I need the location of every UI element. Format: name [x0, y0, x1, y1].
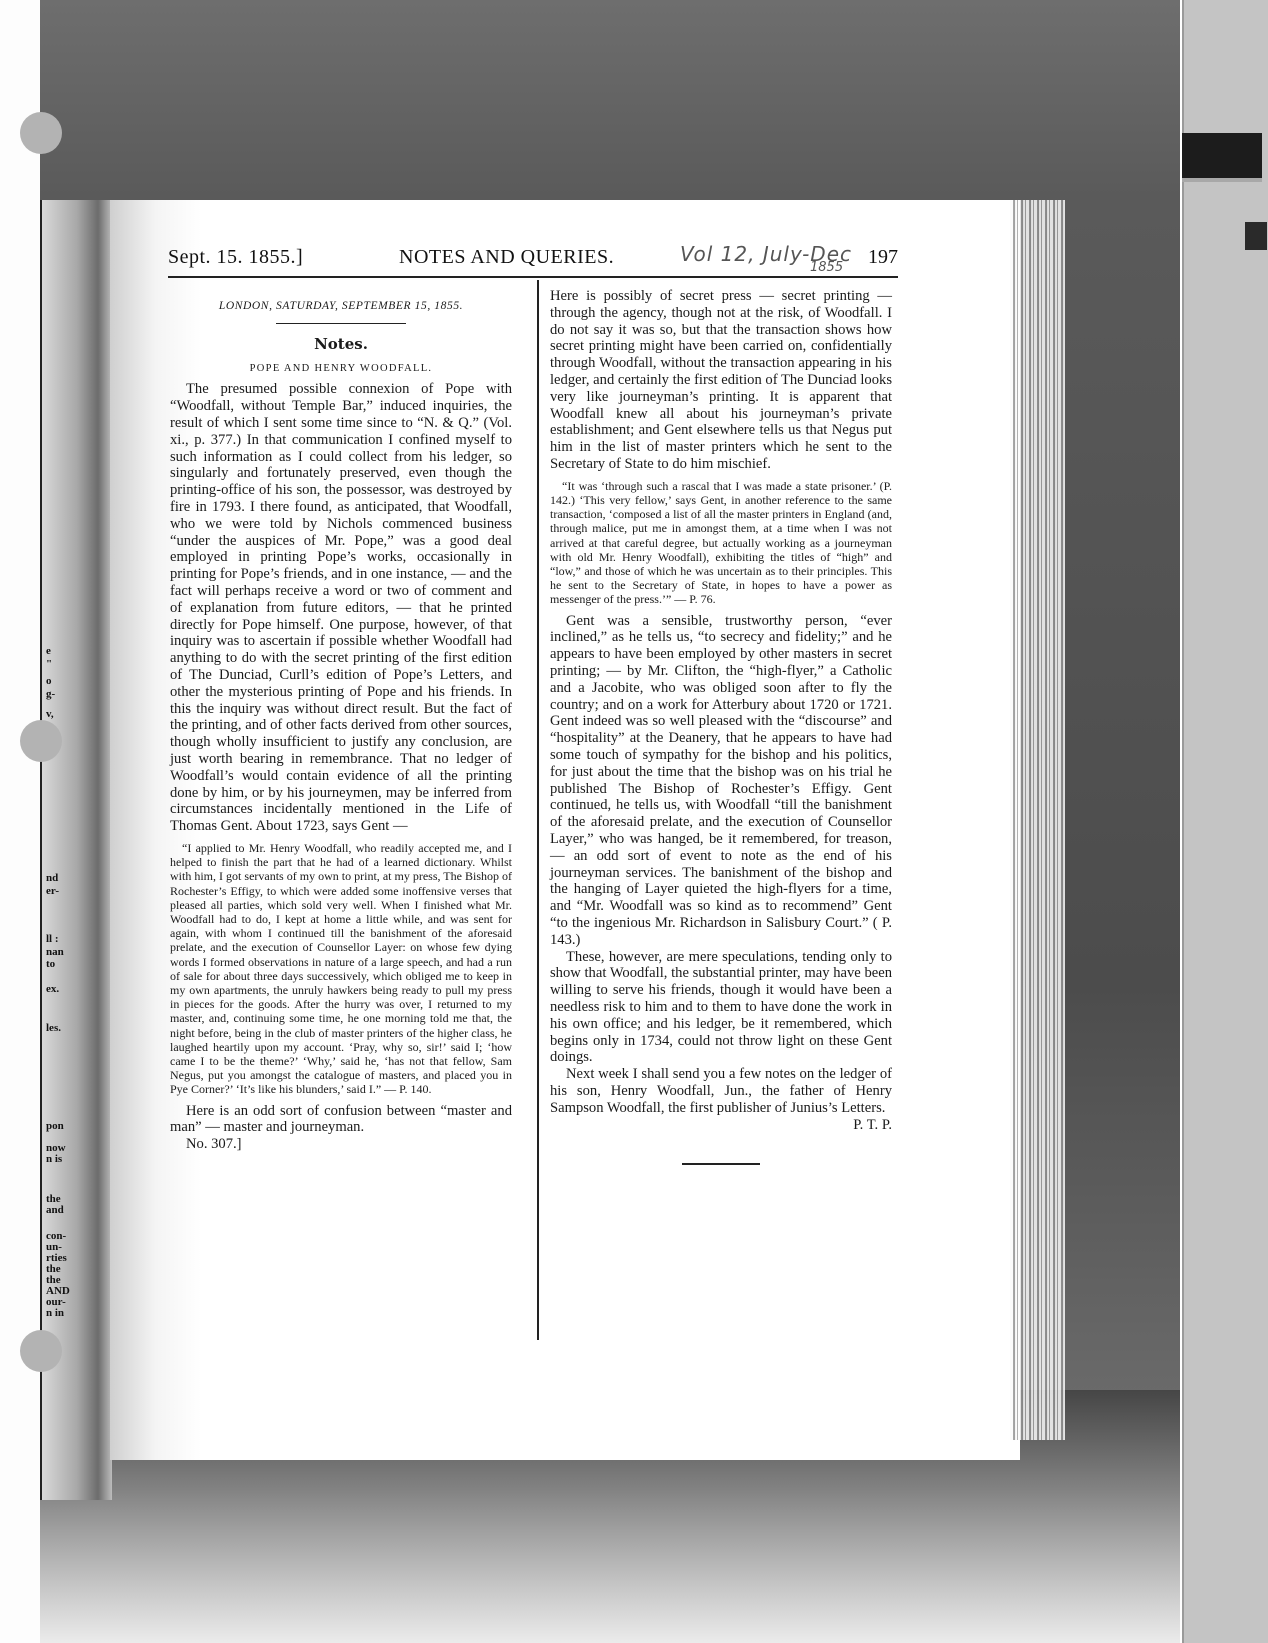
margin-fragment: n in: [46, 1307, 76, 1320]
section-heading: Notes.: [170, 336, 512, 353]
punch-hole: [20, 112, 62, 154]
issue-number: No. 307.]: [170, 1136, 512, 1153]
dateline-rule: [276, 323, 406, 324]
margin-fragment: ": [46, 658, 76, 671]
author-signature: P. T. P.: [853, 1117, 892, 1134]
margin-fragment: o: [46, 675, 76, 688]
margin-fragment: v,: [46, 708, 76, 721]
page-edges: [1010, 200, 1065, 1440]
right-column: Here is possibly of secret press — secre…: [550, 288, 892, 1165]
running-header: Sept. 15. 1855.] NOTES AND QUERIES. Vol …: [168, 246, 898, 278]
left-column: LONDON, SATURDAY, SEPTEMBER 15, 1855. No…: [170, 288, 512, 1153]
body-paragraph: Gent was a sensible, trustworthy person,…: [550, 613, 892, 949]
margin-fragment: ex.: [46, 983, 76, 996]
margin-fragment: er-: [46, 885, 76, 898]
signature-line: P. T. P.: [550, 1117, 892, 1134]
dateline: LONDON, SATURDAY, SEPTEMBER 15, 1855.: [170, 298, 512, 315]
margin-fragment: to: [46, 958, 76, 971]
page-number: 197: [868, 246, 898, 269]
handwritten-year-note: 1855: [810, 260, 843, 275]
margin-fragment: ll :: [46, 933, 76, 946]
header-date: Sept. 15. 1855.]: [168, 246, 303, 269]
body-paragraph: Here is possibly of secret press — secre…: [550, 288, 892, 473]
body-paragraph: The presumed possible connexion of Pope …: [170, 381, 512, 835]
punch-hole: [20, 1330, 62, 1372]
article-end-rule: [682, 1163, 760, 1165]
margin-fragment: e: [46, 645, 76, 658]
scanner-slot: [1182, 133, 1262, 182]
block-quote: “I applied to Mr. Henry Woodfall, who re…: [170, 841, 512, 1097]
publication-title: NOTES AND QUERIES.: [399, 246, 614, 269]
article-title: POPE AND HENRY WOODFALL.: [170, 361, 512, 378]
margin-fragment: les.: [46, 1022, 76, 1035]
body-paragraph: Here is an odd sort of confusion between…: [170, 1103, 512, 1137]
body-paragraph: Next week I shall send you a few notes o…: [550, 1066, 892, 1116]
punch-hole: [20, 720, 62, 762]
margin-fragment: n is: [46, 1153, 76, 1166]
body-paragraph: These, however, are mere speculations, t…: [550, 949, 892, 1067]
facing-page-sliver: e " o g- v, nd er- ll : nan to ex. les. …: [40, 200, 112, 1500]
column-divider: [537, 280, 539, 1340]
margin-fragment: nd: [46, 872, 76, 885]
scanner-window: [1245, 222, 1267, 250]
margin-fragment: pon: [46, 1120, 76, 1133]
margin-fragment: g-: [46, 688, 76, 701]
block-quote: “It was ‘through such a rascal that I wa…: [550, 479, 892, 607]
margin-fragment: and: [46, 1204, 76, 1217]
